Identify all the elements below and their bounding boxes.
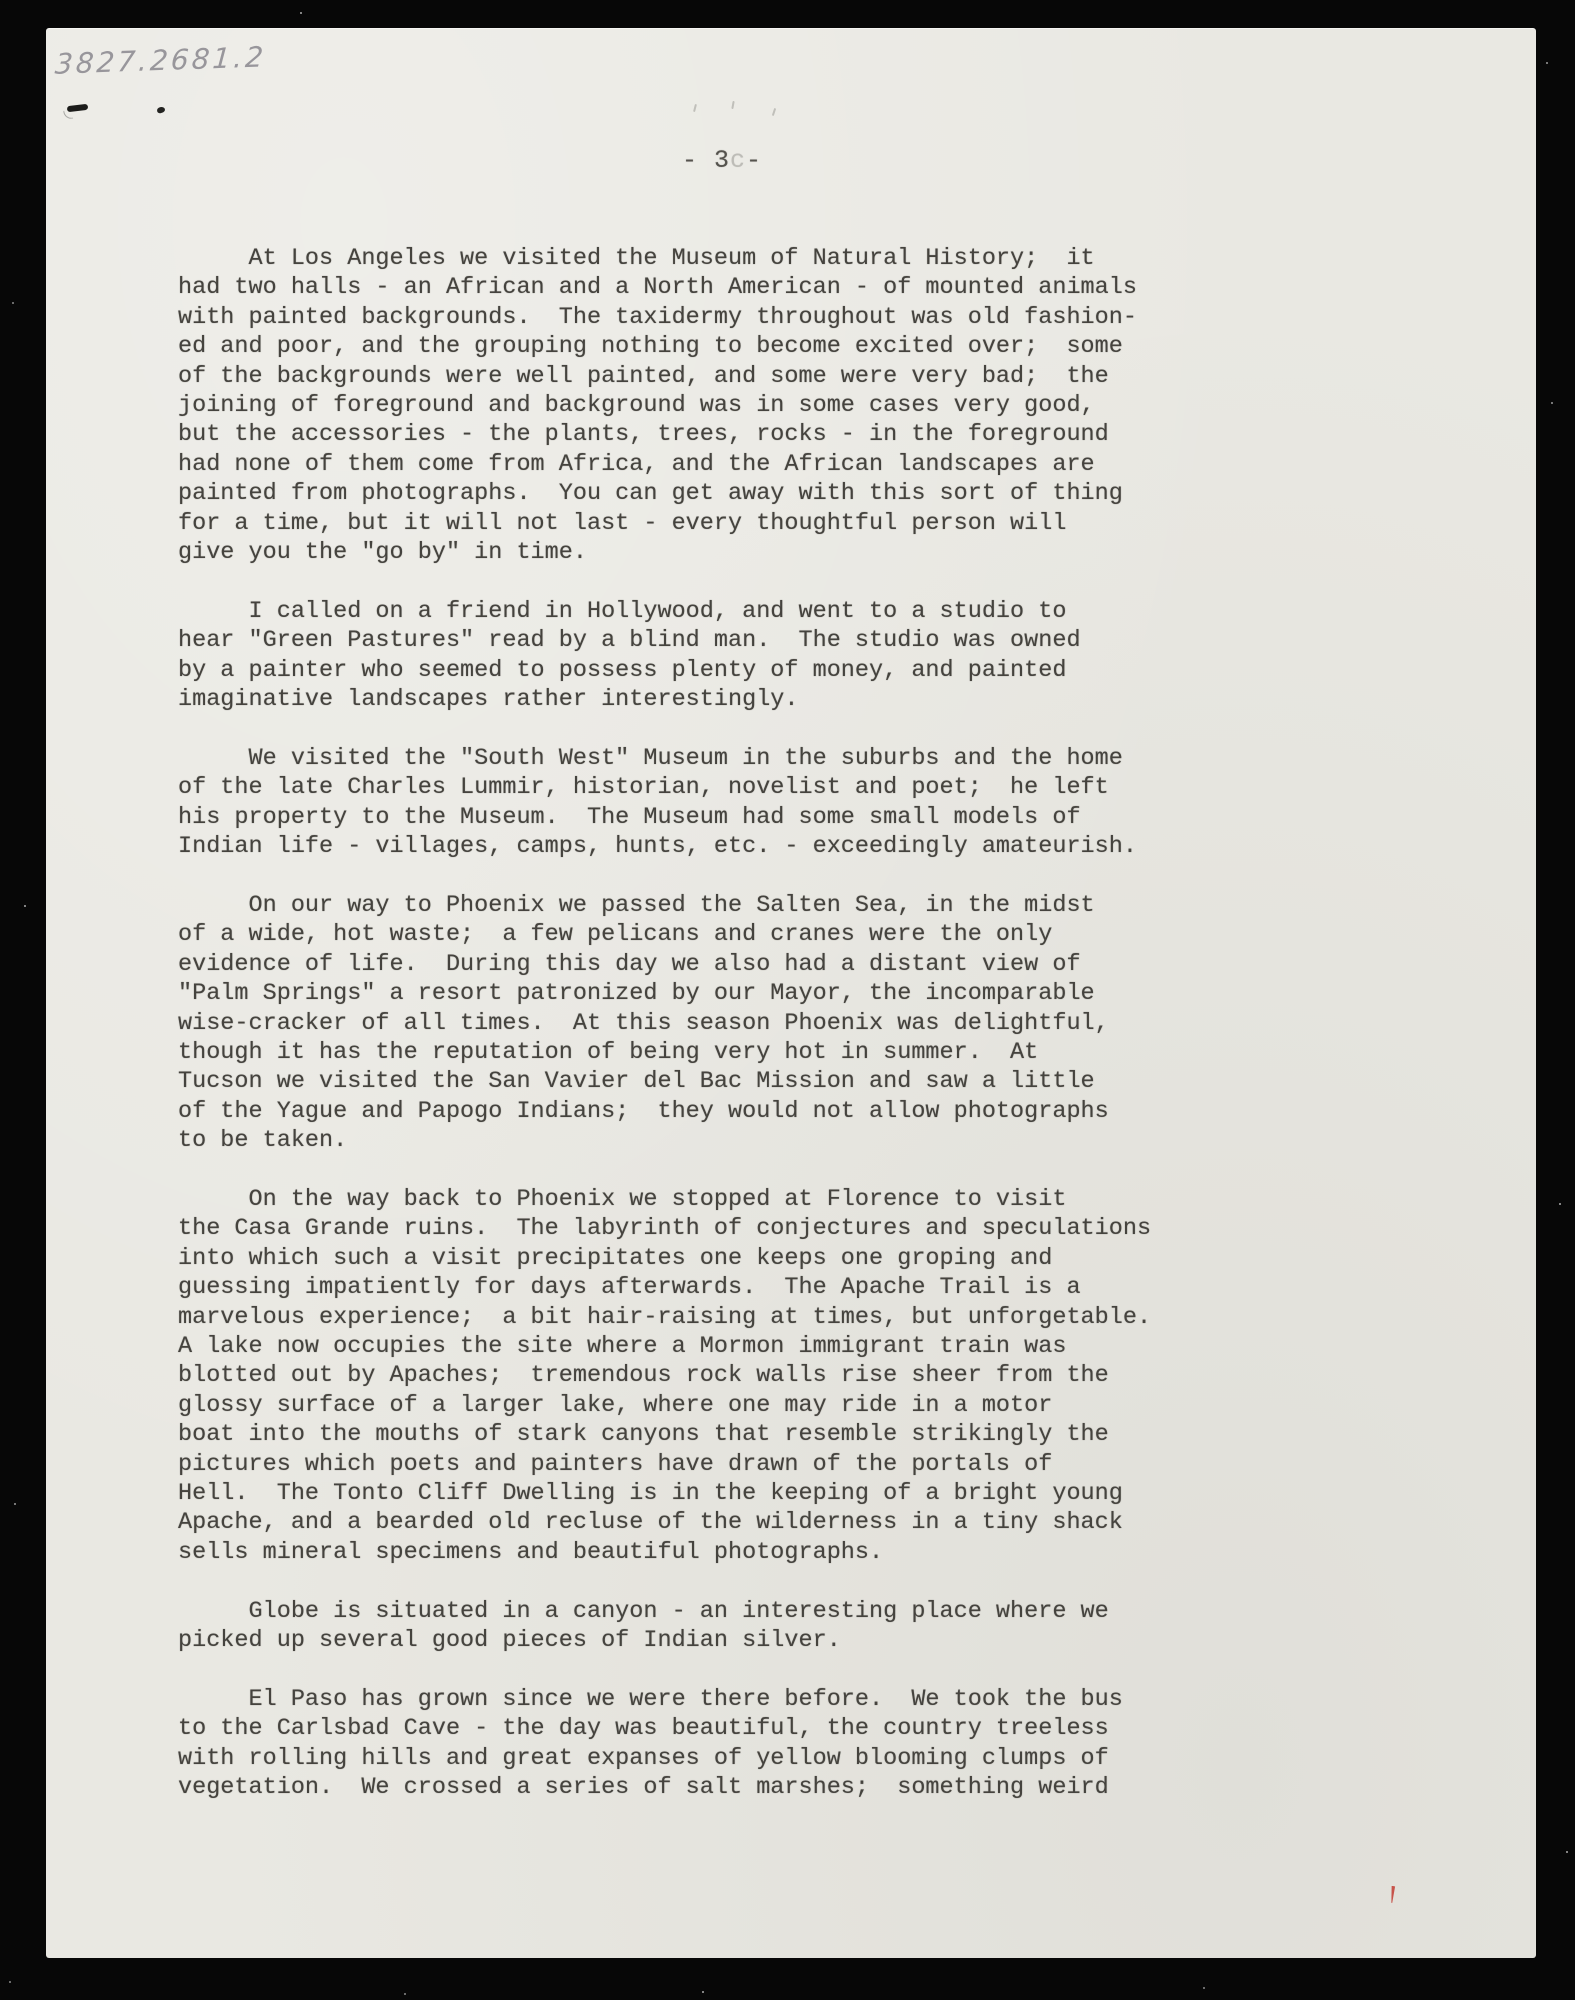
scan-dust-speckles (0, 0, 2, 2)
typed-text-block: At Los Angeles we visited the Museum of … (178, 244, 1228, 1832)
paragraph-hollywood-studio: I called on a friend in Hollywood, and w… (178, 597, 1228, 715)
paragraph-el-paso: El Paso has grown since we were there be… (178, 1685, 1228, 1803)
red-pen-mark (1389, 1886, 1396, 1903)
paragraph-globe: Globe is situated in a canyon - an inter… (178, 1597, 1228, 1656)
paragraph-phoenix-salton-sea: On our way to Phoenix we passed the Salt… (178, 891, 1228, 1156)
paragraph-casa-grande-apache-trail: On the way back to Phoenix we stopped at… (178, 1185, 1228, 1567)
ink-mark-dash (67, 104, 89, 113)
document-page: 3827.2681.2 - 3c- At Los Angeles we visi… (46, 28, 1536, 1958)
catalog-number-handwritten: 3827.2681.2 (54, 40, 267, 80)
page-number: - 3c- (682, 146, 762, 175)
paragraph-los-angeles-museum: At Los Angeles we visited the Museum of … (178, 244, 1228, 567)
page-number-tail: - (746, 146, 762, 175)
page-number-main: - 3 (682, 146, 730, 175)
paragraph-southwest-museum: We visited the "South West" Museum in th… (178, 744, 1228, 862)
page-number-ghost-char: c (730, 146, 746, 175)
ink-mark-dot (156, 106, 165, 114)
scanned-document: 3827.2681.2 - 3c- At Los Angeles we visi… (0, 0, 1575, 2000)
